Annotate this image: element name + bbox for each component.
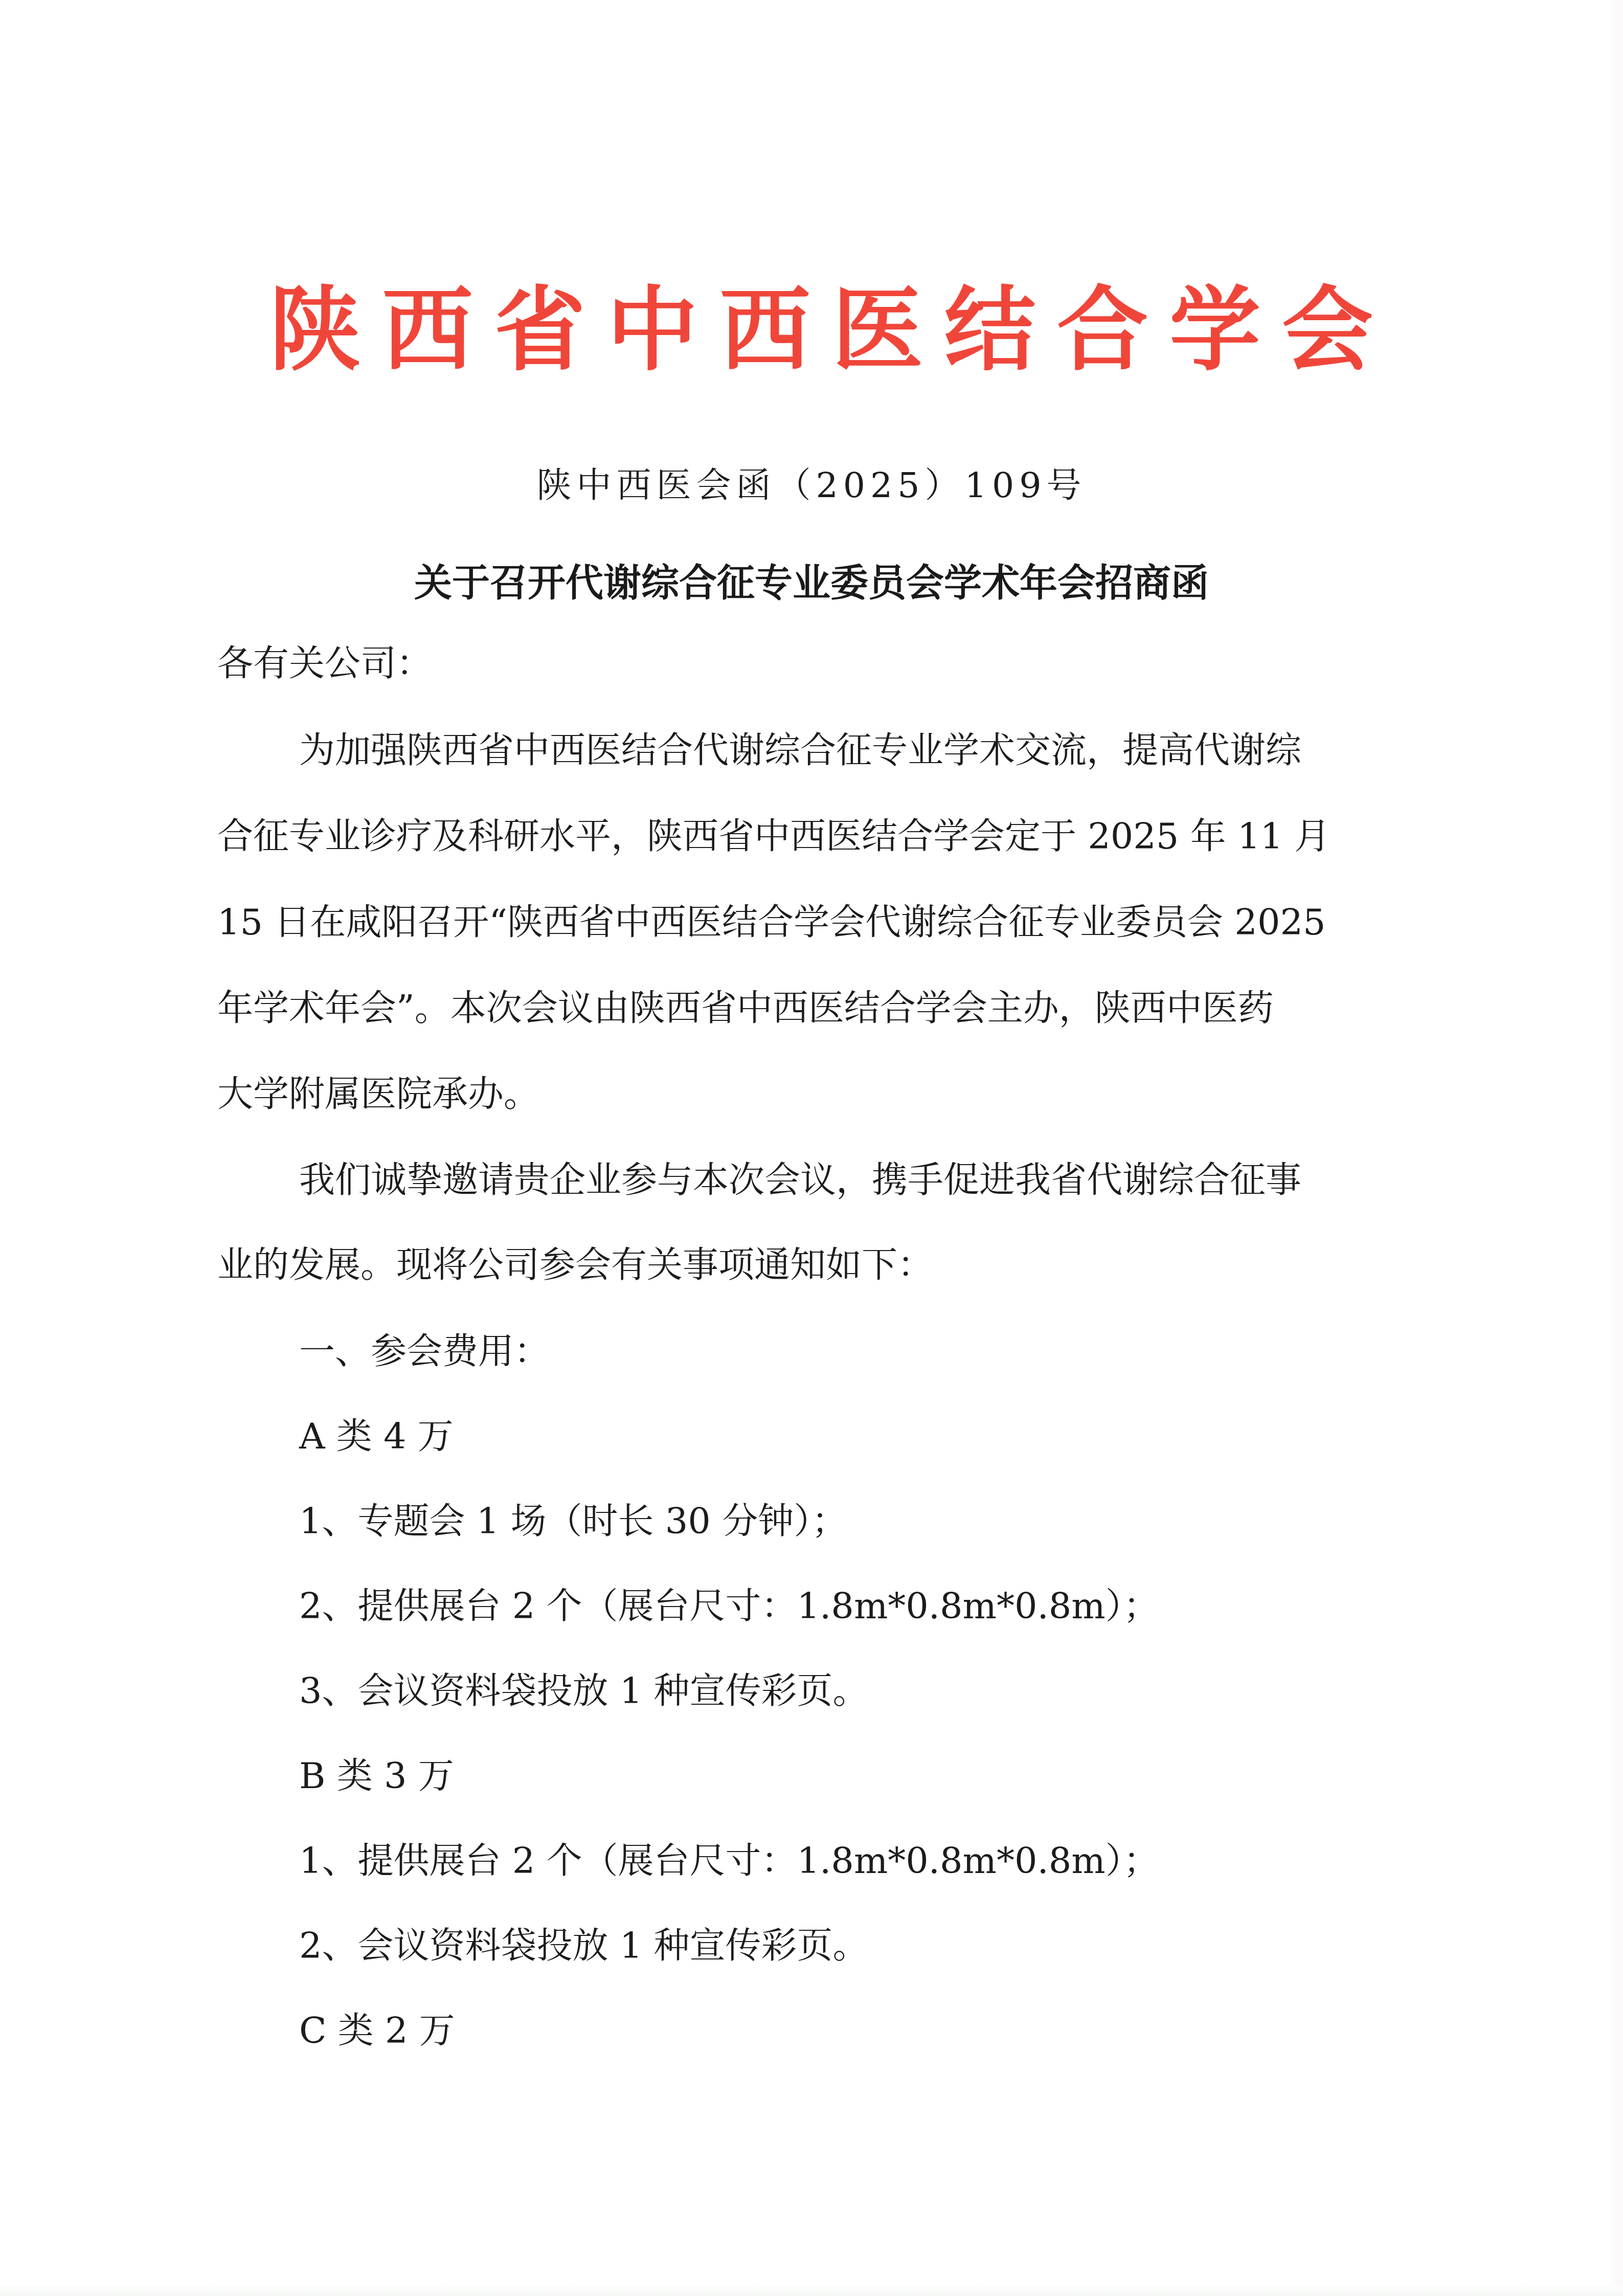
paragraph-line: 我们诚挚邀请贵企业参与本次会议，携手促进我省代谢综合征事 bbox=[299, 1156, 1301, 1204]
paragraph-line: 15 日在咸阳召开“陕西省中西医结合学会代谢综合征专业委员会 2025 bbox=[217, 898, 1326, 946]
salutation-text: 各有关公司： bbox=[217, 639, 432, 687]
paragraph-line: 合征专业诊疗及科研水平，陕西省中西医结合学会定于 2025 年 11 月 bbox=[217, 812, 1330, 860]
document-title: 关于召开代谢综合征专业委员会学术年会招商函 bbox=[0, 558, 1623, 609]
tier-c-label: C 类 2 万 bbox=[299, 2007, 455, 2055]
paragraph-line: 为加强陕西省中西医结合代谢综合征专业学术交流，提高代谢综 bbox=[299, 726, 1301, 774]
document-number: 陕中西医会函（2025）109号 bbox=[0, 463, 1623, 509]
paragraph-line: 业的发展。现将公司参会有关事项通知如下： bbox=[217, 1241, 933, 1289]
paragraph-line: 大学附属医院承办。 bbox=[217, 1070, 539, 1118]
tier-a-item: 1、专题会 1 场（时长 30 分钟）； bbox=[299, 1497, 847, 1545]
tier-a-item: 2、提供展台 2 个（展台尺寸：1.8m*0.8m*0.8m）； bbox=[299, 1582, 1159, 1630]
tier-a-item: 3、会议资料袋投放 1 种宣传彩页。 bbox=[299, 1667, 869, 1715]
paragraph-line: 年学术年会”。本次会议由陕西省中西医结合学会主办，陕西中医药 bbox=[217, 984, 1274, 1032]
scan-edge-right bbox=[1612, 0, 1623, 2296]
document-page: 陕西省中西医结合学会 陕中西医会函（2025）109号 关于召开代谢综合征专业委… bbox=[0, 0, 1623, 2296]
tier-b-item: 2、会议资料袋投放 1 种宣传彩页。 bbox=[299, 1922, 869, 1970]
tier-b-label: B 类 3 万 bbox=[299, 1752, 454, 1800]
section-heading: 一、参会费用： bbox=[299, 1327, 550, 1375]
tier-a-label: A 类 4 万 bbox=[299, 1412, 454, 1460]
tier-b-item: 1、提供展台 2 个（展台尺寸：1.8m*0.8m*0.8m）； bbox=[299, 1837, 1159, 1885]
scan-edge-bottom bbox=[0, 2286, 1623, 2296]
letterhead-organization-name: 陕西省中西医结合学会 bbox=[0, 279, 1623, 381]
